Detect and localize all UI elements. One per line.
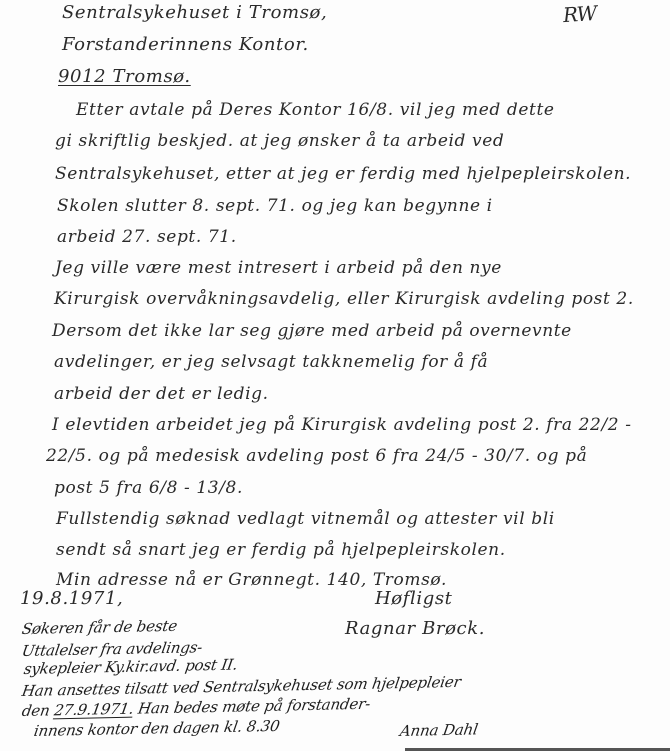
body-line: Kirurgisk overvåkningsavdelig, eller Kir… bbox=[54, 289, 634, 309]
body-line: Min adresse nå er Grønnegt. 140, Tromsø. bbox=[56, 570, 447, 590]
annotation-line: innens kontor den dagen kl. 8.30 bbox=[33, 717, 281, 740]
annotation-line: sykepleier Ky.kir.avd. post II. bbox=[23, 656, 239, 678]
body-line: arbeid der det er ledig. bbox=[54, 384, 269, 404]
letter-date: 19.8.1971, bbox=[20, 588, 123, 609]
body-line: Fullstendig søknad vedlagt vitnemål og a… bbox=[56, 509, 555, 529]
body-line: I elevtiden arbeidet jeg på Kirurgisk av… bbox=[52, 415, 632, 435]
recipient-line-1: Sentralsykehuset i Tromsø, bbox=[62, 2, 327, 23]
body-line: sendt så snart jeg er ferdig på hjelpepl… bbox=[56, 540, 506, 560]
body-line: avdelinger, er jeg selvsagt takknemelig … bbox=[54, 352, 488, 372]
body-line: Sentralsykehuset, etter at jeg er ferdig… bbox=[55, 164, 631, 184]
body-line: Skolen slutter 8. sept. 71. og jeg kan b… bbox=[57, 196, 493, 216]
body-line: Jeg ville være mest intresert i arbeid p… bbox=[55, 258, 502, 278]
annotation-signer: Anna Dahl bbox=[399, 720, 480, 740]
body-line: Dersom det ikke lar seg gjøre med arbeid… bbox=[52, 321, 572, 341]
body-line: arbeid 27. sept. 71. bbox=[57, 227, 237, 247]
letter-page: RW Sentralsykehuset i Tromsø, Forstander… bbox=[0, 0, 670, 751]
body-line: post 5 fra 6/8 - 13/8. bbox=[54, 478, 243, 498]
annotation-start-date: 27.9.1971. bbox=[53, 700, 135, 720]
letter-closing: Høfligst bbox=[375, 588, 453, 609]
body-line: Etter avtale på Deres Kontor 16/8. vil j… bbox=[76, 100, 555, 120]
initials-mark: RW bbox=[562, 1, 597, 27]
body-line: gi skriftlig beskjed. at jeg ønsker å ta… bbox=[55, 131, 504, 151]
body-line: 22/5. og på medesisk avdeling post 6 fra… bbox=[46, 446, 587, 466]
annotation-line: Søkeren får de beste bbox=[21, 617, 179, 638]
letter-signature: Ragnar Brøck. bbox=[345, 618, 485, 639]
recipient-line-3: 9012 Tromsø. bbox=[58, 66, 191, 87]
recipient-line-2: Forstanderinnens Kontor. bbox=[62, 34, 309, 55]
annotation-line: Han ansettes tilsatt ved Sentralsykehuse… bbox=[21, 673, 462, 700]
